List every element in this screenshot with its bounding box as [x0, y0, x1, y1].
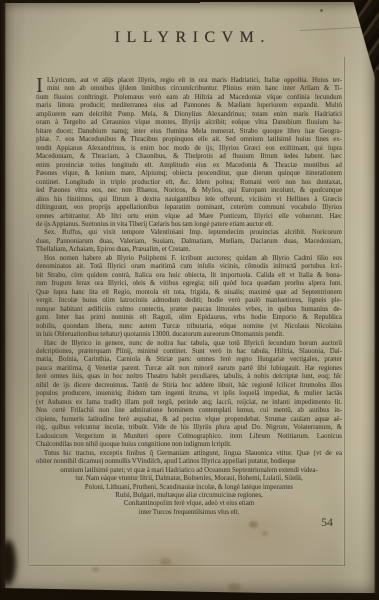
- text-line: mini non ab omnibus ijſdem limitibus cir…: [36, 85, 342, 93]
- foxing-spot: [228, 583, 241, 591]
- text-line: diſtinguunt, eos proprijs appellationibu…: [36, 204, 342, 212]
- text-line: runque habitant ædificiis culmo contecti…: [36, 306, 342, 314]
- page-number: 54: [312, 515, 342, 530]
- text-line: alios his finitimos, qui Iſtrum à dextra…: [36, 196, 342, 204]
- text-line: Chalcondilas non nihil quoque huius cong…: [36, 441, 342, 449]
- text-line: ſed Pæones vltra eos, nec non Rhætos, No…: [36, 187, 342, 195]
- text-line: Poloni, Lithuani, Prutheni, Scandinauiæ …: [36, 484, 342, 492]
- text-line: omnes arbitrantur. Ab Iſtri ortu enim vſ…: [36, 213, 342, 221]
- drop-cap: I: [36, 76, 43, 94]
- photo-edge-top: [0, 0, 200, 3]
- text-line: riq́;, quibus veſcuntur incolæ, tribuūt.…: [36, 424, 342, 432]
- paragraph: omnium latiſsimè patet; vt quæ à mari Ha…: [36, 467, 342, 518]
- text-line: maris littora producit; mediterranea eiu…: [36, 102, 342, 110]
- shadow-blob: [0, 540, 16, 585]
- text-line: Hæc de Illyrico in genere, nunc de noſtr…: [36, 340, 342, 348]
- text-line: rum frugum ferax ora Illyrici, oleis & v…: [36, 280, 342, 288]
- text-line: denominatos ait. Totā Illyrici oram mari…: [36, 263, 342, 271]
- plate-mark-left: [28, 292, 29, 565]
- foxing-spot: [92, 567, 99, 572]
- text-line: vergit. Incolæ huius olim latrociniis ad…: [36, 297, 342, 305]
- text-line: duas, Pannoniarum duas, Valeriam, Suuiam…: [36, 238, 342, 246]
- text-line: populos producere, inueniriq́; ibidem ta…: [36, 390, 342, 398]
- text-line: inter Turcos frequentiſsimus vſus eſt.: [36, 509, 342, 517]
- text-line: Ruſsi, Bulgari, multæque aliæ circumuici…: [36, 492, 342, 500]
- text-line: tur. Nam eáque vtuntur Iſtrii, Dalmatæ, …: [36, 475, 342, 483]
- text-line: LLyricum, aut vt alijs placet Illyris, r…: [36, 77, 342, 85]
- text-line: obiter nonnihil dicamus) nonnullis VVind…: [36, 458, 342, 466]
- text-line: ferè omnes ſuis, quas in hoc noſtro Thea…: [36, 373, 342, 381]
- text-line: de ijs Appianus. Suetonius in vita Tiber…: [36, 221, 342, 229]
- text-line: Ludouicum Vergerium in Munſteri opere Co…: [36, 433, 342, 441]
- paragraph: ILLyricum, aut vt alijs placet Illyris, …: [36, 77, 342, 229]
- paragraph: Totus hic tractus, exceptis finibus q̃ G…: [36, 450, 342, 467]
- text-line: oram à Tergeſto ad Ceraunios vſque monte…: [36, 119, 342, 127]
- text-line: matia, Boſnia, Carinthia, Carniola & Sti…: [36, 356, 342, 364]
- text-line: pauca maritima, q̃ Venetiæ parent. Turcæ…: [36, 365, 342, 373]
- text-line: tium fluuios conſtringit. Ptolemæus verò…: [36, 94, 342, 102]
- plate-mark-right: [344, 57, 345, 565]
- text-line: Hos nomen habere ab Illyrio Poliphemi F.…: [36, 255, 342, 263]
- text-line: bitare docet; Danubium namq́; inter eius…: [36, 128, 342, 136]
- text-block: ILLyricum, aut vt alijs placet Illyris, …: [36, 77, 342, 517]
- text-line: Conſtantinopolim ferè vſque, adeò vt eiu…: [36, 500, 342, 508]
- text-line: gunt. Inter has primi nominis eſt Raguſi…: [36, 314, 342, 322]
- text-line: Macedoniam, & Thraciam, à Chaonibus, & T…: [36, 153, 342, 161]
- text-line: omnium latiſsimè patet; vt quæ à mari Ha…: [36, 467, 342, 475]
- text-line: bit Strabo, cùm quidem contrà, Italica o…: [36, 272, 342, 280]
- plate-mark-bottom: [29, 565, 346, 566]
- text-line: nihil de ijs dicere decreuimus. Tantū de…: [36, 382, 342, 390]
- page-title: ILLYRICVM.: [0, 29, 379, 47]
- text-line: ampliorem eam deſcribit Pomp. Mela, & Di…: [36, 111, 342, 119]
- text-line: continet. Longitudo in triplo productior…: [36, 179, 342, 187]
- text-line: phiæ. 7. eos Macedonibus & Thracibus pro…: [36, 136, 342, 144]
- photo-edge-left: [0, 0, 6, 600]
- photo-edge-right: [374, 70, 379, 600]
- foxing-spot: [160, 558, 171, 565]
- text-line: Totus hic tractus, exceptis finibus q̃ G…: [36, 450, 342, 458]
- text-line: Nos certè Friſachii non ſine admiratione…: [36, 407, 342, 415]
- text-line: cipiens, humeris latitudine ferè æquabat…: [36, 416, 342, 424]
- text-line: tendit Appianus Alexandrinus, is enim ho…: [36, 145, 342, 153]
- text-line: Quæ ſupra hanc ſita eſt Regio, montoſa e…: [36, 289, 342, 297]
- foxing-spot: [262, 531, 268, 536]
- book-photo: ILLYRICVM. ILLyricum, aut vt alijs place…: [0, 0, 379, 600]
- text-line: Pæones vſque, & Ionium mare, Alpiumq́; o…: [36, 170, 342, 178]
- text-line: (vt Aubanus ex fama tradit) illam poſt t…: [36, 399, 342, 407]
- text-line: in ſuis Obſeruationibus teſtatur) quotan…: [36, 331, 342, 339]
- text-line: nobilis, quondam libera, nunc autem Turc…: [36, 323, 342, 331]
- text-line: Theſſaliam, Achaiam, Epiros duas, Præual…: [36, 246, 342, 254]
- ink-fleck: [320, 9, 323, 12]
- text-line: Sex. Ruffus, qui vixit tempore Valentini…: [36, 229, 342, 237]
- text-line: enim prouinciæ totius longitudo eſt. Amp…: [36, 162, 342, 170]
- text-line: deſcriptiones, præterquam Plinij, minimè…: [36, 348, 342, 356]
- foxing-spot: [249, 521, 258, 528]
- paragraph: Hæc de Illyrico in genere, nunc de noſtr…: [36, 340, 342, 450]
- paragraph: Hos nomen habere ab Illyrio Poliphemi F.…: [36, 255, 342, 340]
- paragraph: Sex. Ruffus, qui vixit tempore Valentini…: [36, 229, 342, 254]
